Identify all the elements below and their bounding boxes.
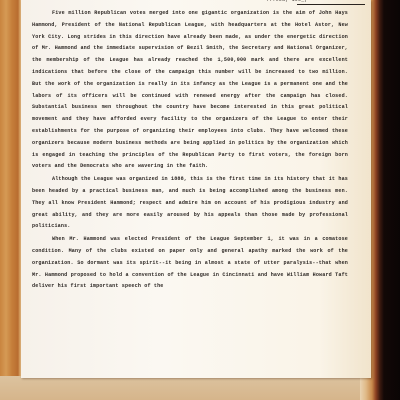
date-header: ...ted, 190_,	[266, 0, 308, 3]
paragraph-2: Although the League was organized in 188…	[32, 174, 348, 233]
date-underline	[297, 4, 365, 5]
document-body: Five million Republican votes merged int…	[32, 8, 348, 293]
scrapbook-bottom-edge	[0, 376, 360, 400]
paragraph-1: Five million Republican votes merged int…	[32, 8, 348, 173]
paragraph-3: When Mr. Hammond was elected President o…	[32, 234, 348, 293]
